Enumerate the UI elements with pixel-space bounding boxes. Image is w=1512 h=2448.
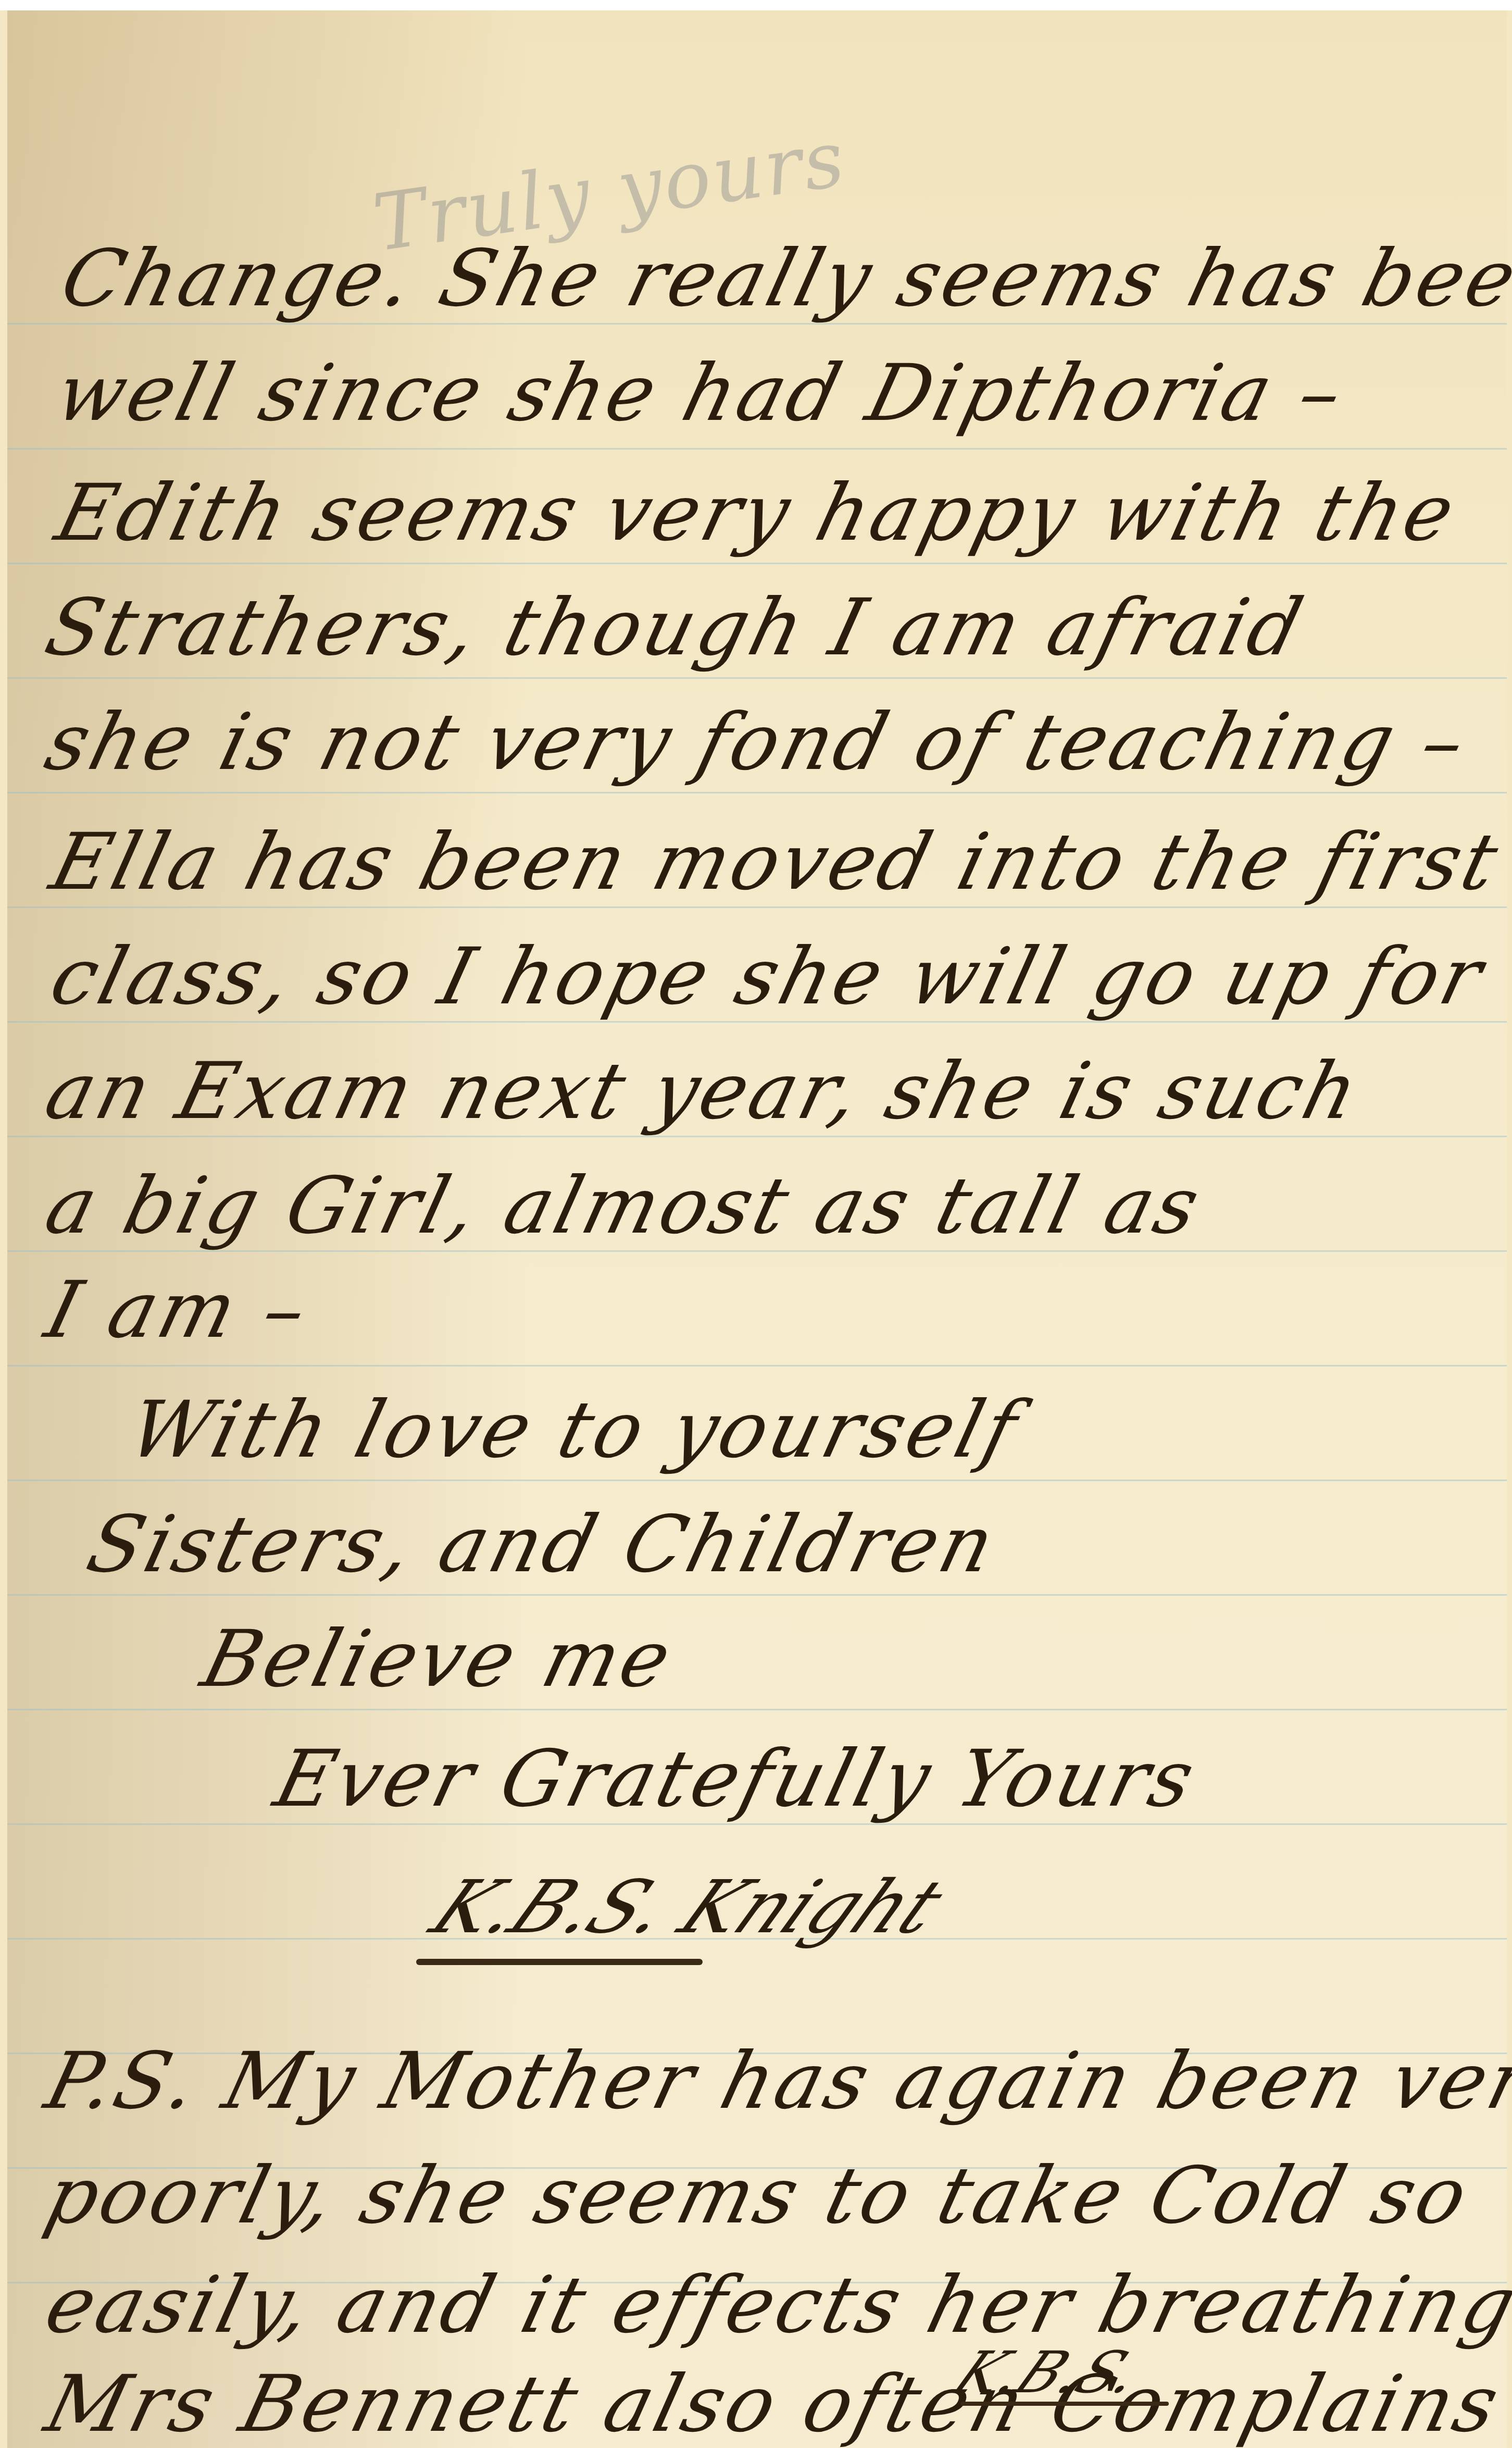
postscript-initials: K.B.S. <box>943 2339 1155 2406</box>
ruled-line <box>7 563 1507 564</box>
signature: K.B.S. Knight <box>417 1865 958 1950</box>
ruled-line <box>7 1709 1507 1710</box>
ruled-line <box>7 1480 1507 1481</box>
letter-line: class, so I hope she will go up for <box>44 938 1492 1016</box>
letter-line: Strathers, though I am afraid <box>39 589 1313 667</box>
scan-top-edge <box>0 0 1512 10</box>
closing-line: Sisters, and Children <box>80 1506 1004 1584</box>
letter-line: well since she had Dipthoria – <box>49 354 1353 432</box>
postscript-line: P.S. My Mother has again been very <box>39 2042 1512 2120</box>
ruled-line <box>7 1594 1507 1596</box>
letter-line: an Exam next year, she is such <box>39 1052 1368 1130</box>
closing-line: Ever Gratefully Yours <box>268 1740 1204 1818</box>
postscript-line: Mrs Bennett also often Complains – <box>39 2365 1512 2443</box>
letter-line: Edith seems very happy with the <box>49 474 1465 552</box>
letter-line: I am – <box>39 1271 317 1349</box>
closing-line: With love to yourself <box>122 1391 1027 1469</box>
letter-page: Truly yours Change. She really seems has… <box>7 10 1507 2448</box>
letter-line: Change. She really seems has been <box>54 240 1512 318</box>
closing-line: Believe me <box>195 1620 681 1698</box>
ruled-line <box>7 792 1507 793</box>
letter-line: Ella has been moved into the first <box>44 823 1508 901</box>
ruled-line <box>7 677 1507 679</box>
initials-underline <box>960 2402 1169 2406</box>
letter-line: she is not very fond of teaching – <box>39 703 1476 781</box>
ruled-line <box>7 1365 1507 1366</box>
postscript-line: easily, and it effects her breathing – <box>39 2266 1512 2344</box>
postscript-line: poorly, she seems to take Cold so <box>39 2157 1478 2235</box>
signature-underline <box>416 1959 703 1965</box>
letter-line: a big Girl, almost as tall as <box>39 1167 1209 1245</box>
ruled-line <box>7 448 1507 450</box>
